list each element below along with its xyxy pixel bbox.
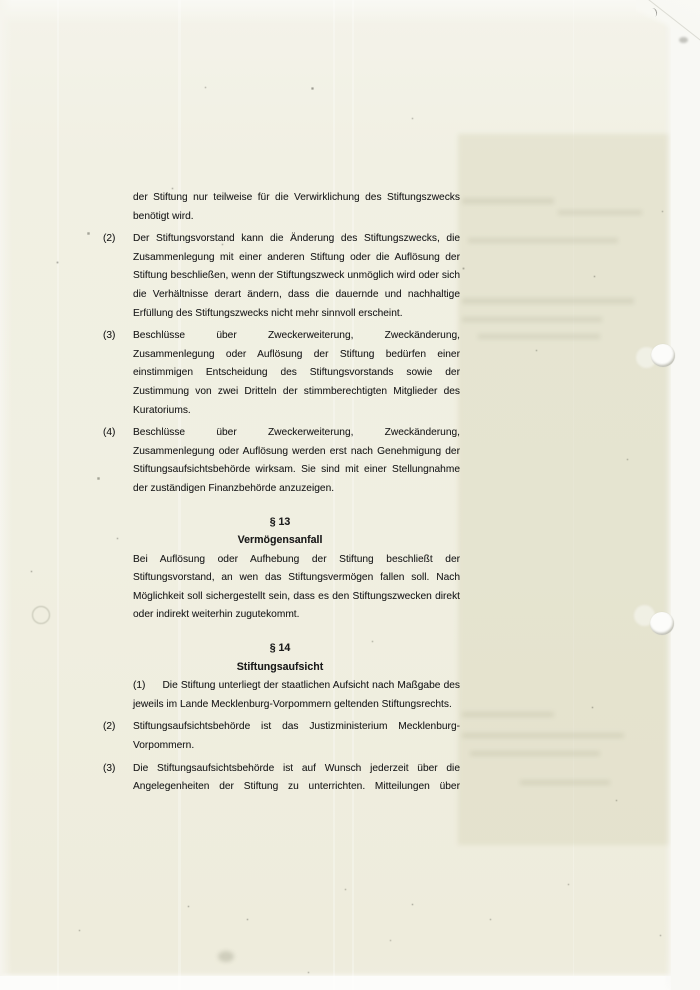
scanned-page: der Stiftung nur teilweise für die Verwi… (0, 0, 700, 990)
text-line: Zusammenlegung oder Auflösung werden ers… (133, 443, 460, 462)
text-line: Kuratoriums. (133, 402, 460, 421)
text-line: Beschlüsse über Zweckerweiterung, Zweckä… (133, 424, 460, 443)
text-line: Möglichkeit soll sichergestellt sein, da… (133, 588, 460, 607)
paragraph: Bei Auflösung oder Aufhebung der Stiftun… (103, 551, 460, 625)
bleed-through-text-smudge (558, 210, 642, 215)
text-line: Zusammenlegung oder Auflösung der Stiftu… (133, 346, 460, 365)
text-line: Zusammenlegung mit einer anderen Stiftun… (133, 249, 460, 268)
paragraph: (1)Die Stiftung unterliegt der staatlich… (103, 677, 460, 714)
text-line: Stiftungsaufsichtsbehörde wirksam. Sie s… (133, 461, 460, 480)
text-line: Stiftung beschließen, wenn der Stiftungs… (133, 267, 460, 286)
smudge-mark (679, 37, 688, 43)
heading-line: Stiftungsaufsicht (133, 658, 427, 677)
corner-crease (636, 0, 700, 54)
bleed-through-text-smudge (468, 238, 618, 243)
text-line: (1)Die Stiftung unterliegt der staatlich… (133, 677, 460, 696)
paragraph: (2)Der Stiftungsvorstand kann die Änderu… (103, 230, 460, 323)
section-heading: § 13Vermögensanfall (133, 513, 427, 550)
text-line: jeweils im Lande Mecklenburg-Vorpommern … (133, 696, 460, 715)
bleed-through-text-smudge (462, 298, 634, 304)
punch-hole (650, 612, 674, 635)
bleed-through-text-smudge (462, 198, 554, 204)
section-heading: § 14Stiftungsaufsicht (133, 639, 427, 676)
text-line: Angelegenheiten der Stiftung zu unterric… (133, 778, 460, 797)
text-line: Bei Auflösung oder Aufhebung der Stiftun… (133, 551, 460, 570)
paragraph-number: (3) (103, 760, 115, 779)
paragraph: (3)Beschlüsse über Zweckerweiterung, Zwe… (103, 327, 460, 420)
dust-specks (0, 0, 1, 1)
text-line: oder indirekt weiterhin zugutekommt. (133, 606, 460, 625)
paragraph-number: (4) (103, 424, 115, 443)
scan-streak (57, 0, 59, 990)
bleed-through-text-smudge (520, 780, 610, 785)
scan-bottom-edge (0, 976, 700, 990)
paragraph: (2)Stiftungsaufsichtsbehörde ist das Jus… (103, 718, 460, 755)
text-line: einstimmigen Entscheidung des Stiftungsv… (133, 364, 460, 383)
bleed-through-text-smudge (462, 317, 602, 322)
text-line: Der Stiftungsvorstand kann die Änderung … (133, 230, 460, 249)
paragraph-number: (3) (103, 327, 115, 346)
text-line: Stiftungsaufsichtsbehörde ist das Justiz… (133, 718, 460, 737)
heading-line: § 13 (133, 513, 427, 532)
smudge-mark (218, 951, 234, 962)
paragraph: (4)Beschlüsse über Zweckerweiterung, Zwe… (103, 424, 460, 498)
text-line: der Stiftung nur teilweise für die Verwi… (133, 189, 460, 208)
text-line: Stiftungsvorstand, an wen das Stiftungsv… (133, 569, 460, 588)
bleed-through-text-smudge (462, 712, 554, 717)
heading-line: § 14 (133, 639, 427, 658)
text-line: der zuständigen Finanzbehörde anzuzeigen… (133, 480, 460, 499)
heading-line: Vermögensanfall (133, 531, 427, 550)
paragraph-number: (2) (103, 718, 115, 737)
bleed-through-text-smudge (470, 751, 600, 756)
paragraph-number: (1) (133, 677, 145, 696)
hole-impression-ring (32, 606, 50, 624)
text-line: die Verhältnisse derart ändern, dass die… (133, 286, 460, 305)
scan-right-edge (671, 0, 700, 990)
text-line: Zustimmung von zwei Dritteln der stimmbe… (133, 383, 460, 402)
text-line: Vorpommern. (133, 737, 460, 756)
paragraph: der Stiftung nur teilweise für die Verwi… (103, 189, 460, 226)
bleed-through-text-smudge (478, 334, 600, 339)
text-line: benötigt wird. (133, 208, 460, 227)
paragraph: (3)Die Stiftungsaufsichtsbehörde ist auf… (103, 760, 460, 797)
text-line: Beschlüsse über Zweckerweiterung, Zweckä… (133, 327, 460, 346)
text-line: Erfüllung des Stiftungszwecks nicht mehr… (133, 305, 460, 324)
scan-left-edge (0, 0, 12, 990)
text-line: Die Stiftungsaufsichtsbehörde ist auf Wu… (133, 760, 460, 779)
scan-top-edge (0, 0, 700, 24)
punch-hole (651, 344, 675, 367)
bleed-through-text-smudge (462, 733, 624, 738)
document-body: der Stiftung nur teilweise für die Verwi… (103, 189, 460, 801)
paragraph-number: (2) (103, 230, 115, 249)
